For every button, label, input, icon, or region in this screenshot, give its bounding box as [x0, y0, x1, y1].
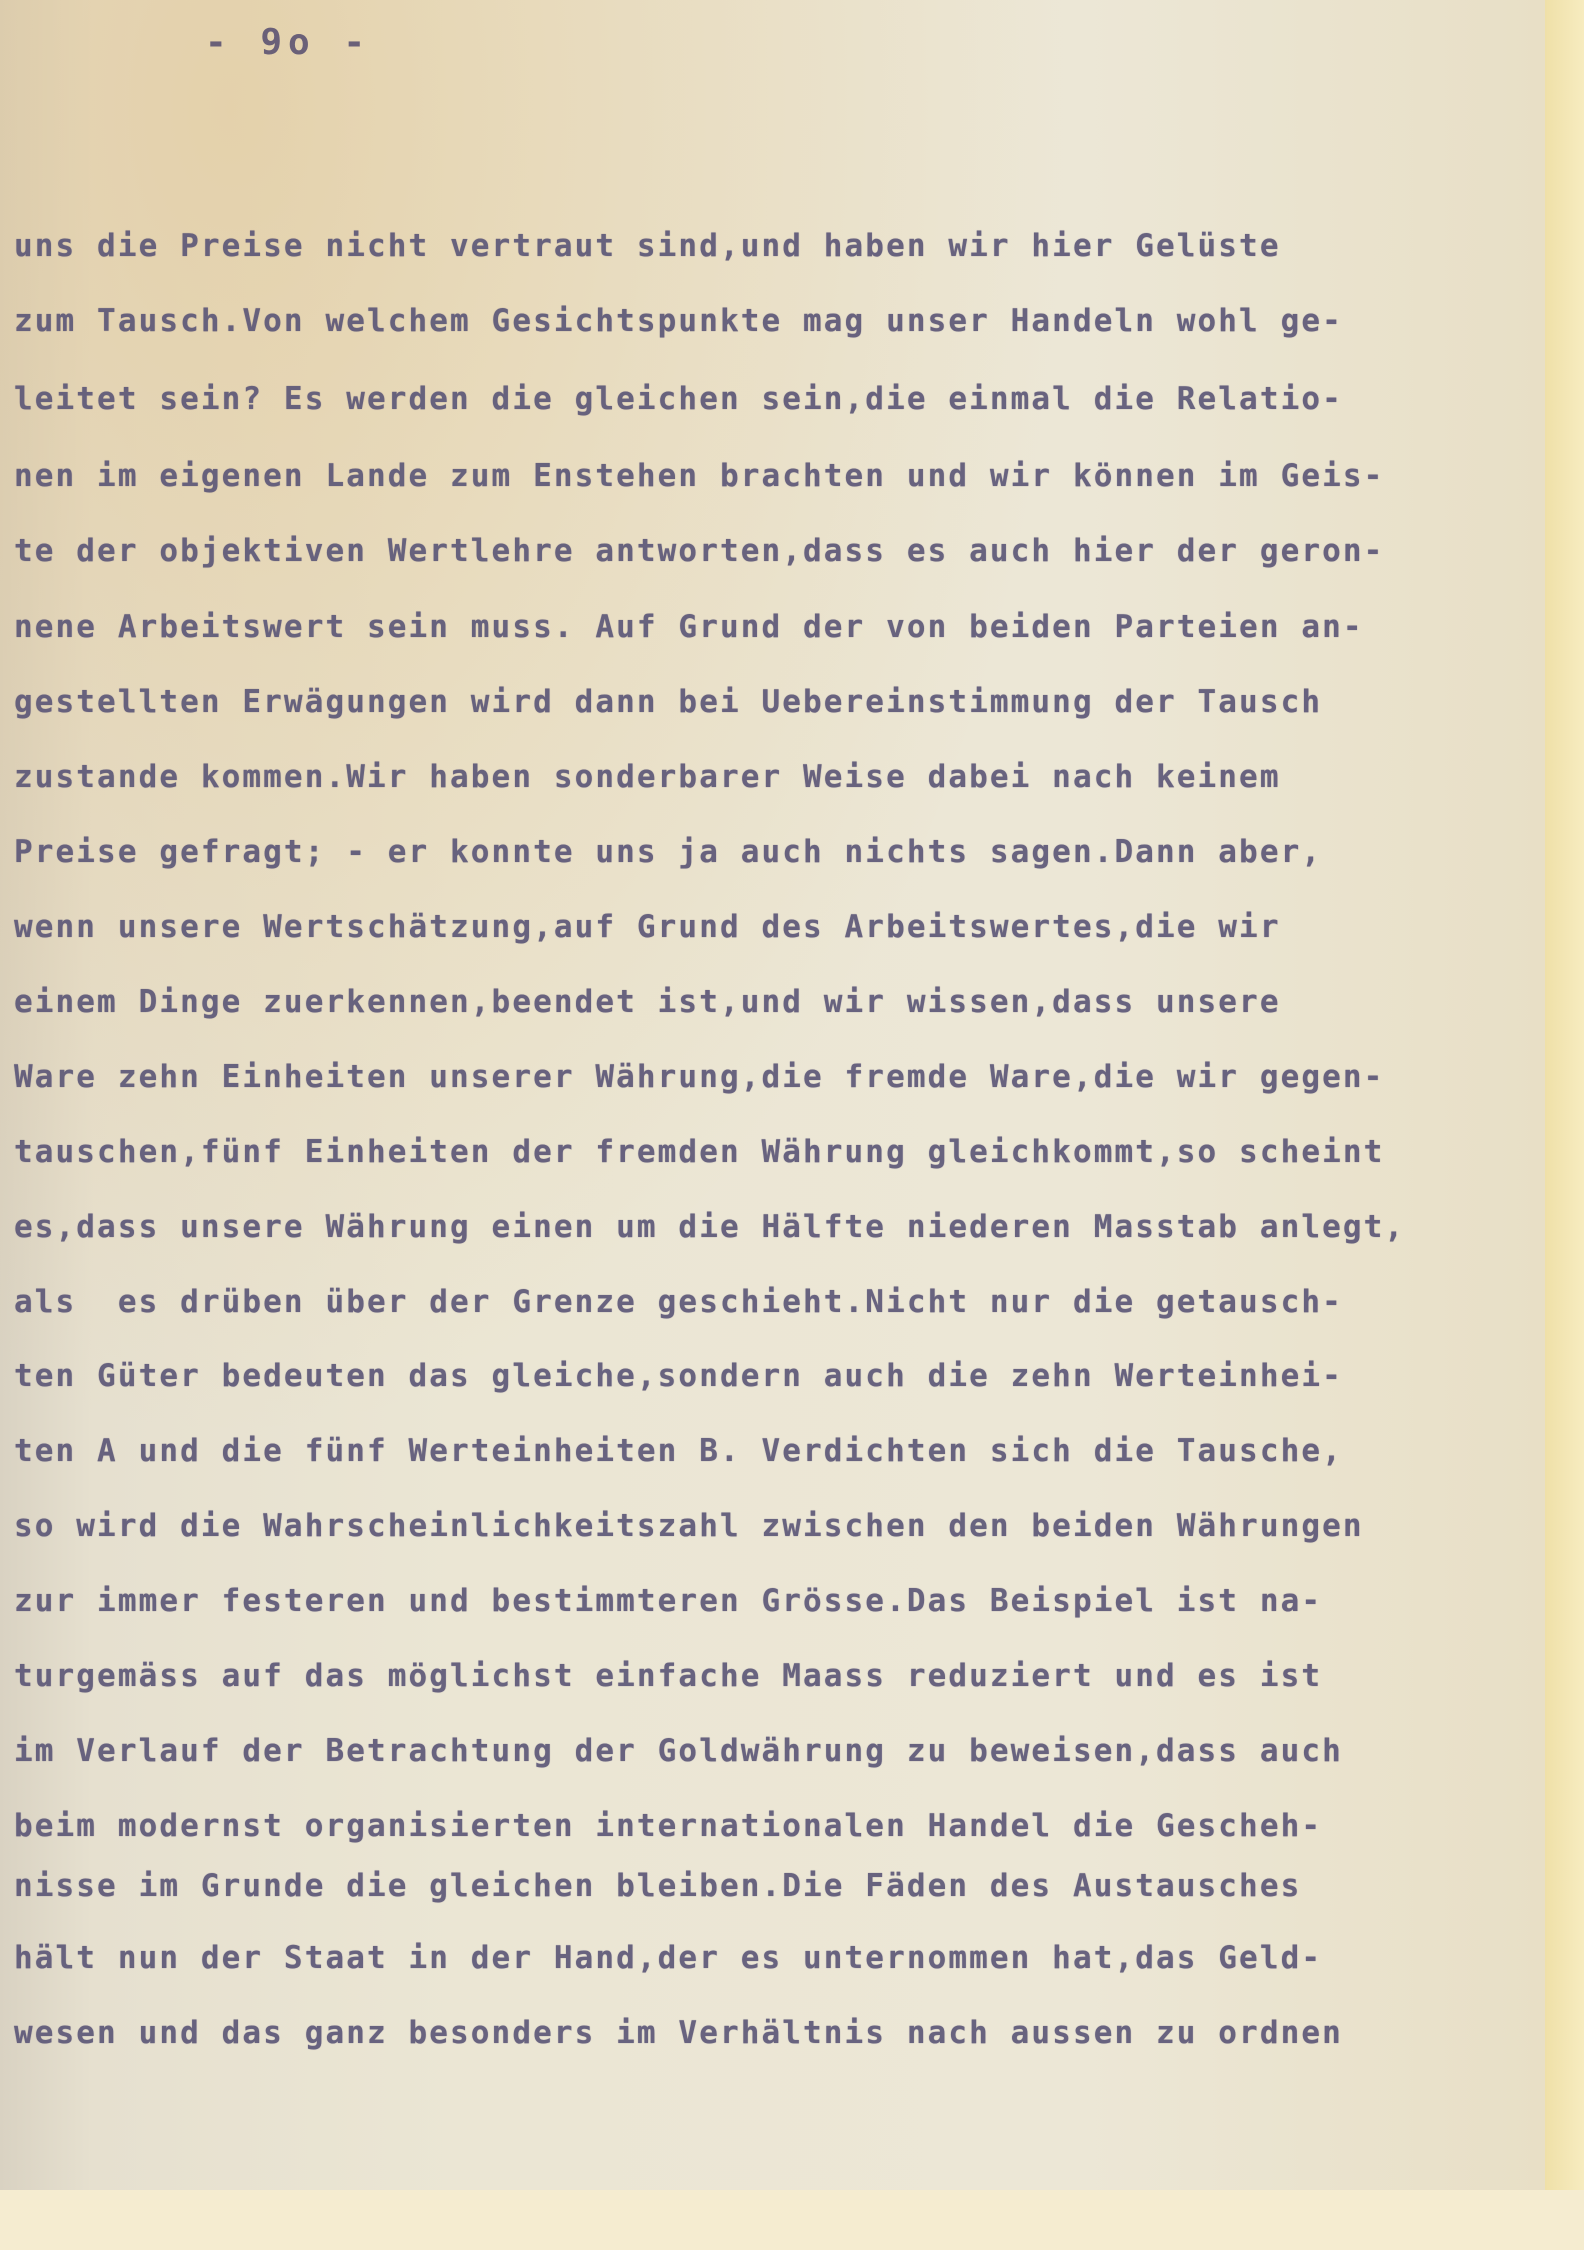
text-line: gestellten Erwägungen wird dann bei Uebe… — [14, 684, 1322, 720]
text-line: zur immer festeren und bestimmteren Grös… — [14, 1583, 1322, 1619]
text-line: nene Arbeitswert sein muss. Auf Grund de… — [14, 609, 1364, 645]
text-line: tauschen,fünf Einheiten der fremden Währ… — [14, 1134, 1384, 1170]
text-line: wenn unsere Wertschätzung,auf Grund des … — [14, 909, 1281, 945]
text-line: turgemäss auf das möglichst einfache Maa… — [14, 1658, 1322, 1694]
text-line: nisse im Grunde die gleichen bleiben.Die… — [14, 1868, 1301, 1904]
text-line: hält nun der Staat in der Hand,der es un… — [14, 1940, 1322, 1976]
page-edge — [1545, 0, 1584, 2250]
text-line: leitet sein? Es werden die gleichen sein… — [14, 381, 1343, 417]
text-line: te der objektiven Wertlehre antworten,da… — [14, 533, 1384, 569]
text-line: einem Dinge zuerkennen,beendet ist,und w… — [14, 984, 1281, 1020]
text-line: als es drüben über der Grenze geschieht.… — [14, 1284, 1343, 1320]
text-line: es,dass unsere Währung einen um die Hälf… — [14, 1209, 1405, 1245]
text-line: Preise gefragt; - er konnte uns ja auch … — [14, 834, 1322, 870]
page-number: - 9o - — [205, 22, 371, 63]
text-line: im Verlauf der Betrachtung der Goldwähru… — [14, 1733, 1343, 1769]
page-bottom-margin — [0, 2190, 1584, 2250]
text-line: so wird die Wahrscheinlichkeitszahl zwis… — [14, 1508, 1364, 1544]
text-line: nen im eigenen Lande zum Enstehen bracht… — [14, 458, 1384, 494]
text-line: zustande kommen.Wir haben sonderbarer We… — [14, 759, 1281, 795]
text-line: uns die Preise nicht vertraut sind,und h… — [14, 228, 1281, 264]
text-line: ten A und die fünf Werteinheiten B. Verd… — [14, 1433, 1343, 1469]
text-line: Ware zehn Einheiten unserer Währung,die … — [14, 1059, 1384, 1095]
text-line: zum Tausch.Von welchem Gesichtspunkte ma… — [14, 303, 1343, 339]
text-line: wesen und das ganz besonders im Verhältn… — [14, 2015, 1343, 2051]
text-line: ten Güter bedeuten das gleiche,sondern a… — [14, 1358, 1343, 1394]
text-line: beim modernst organisierten internationa… — [14, 1808, 1322, 1844]
